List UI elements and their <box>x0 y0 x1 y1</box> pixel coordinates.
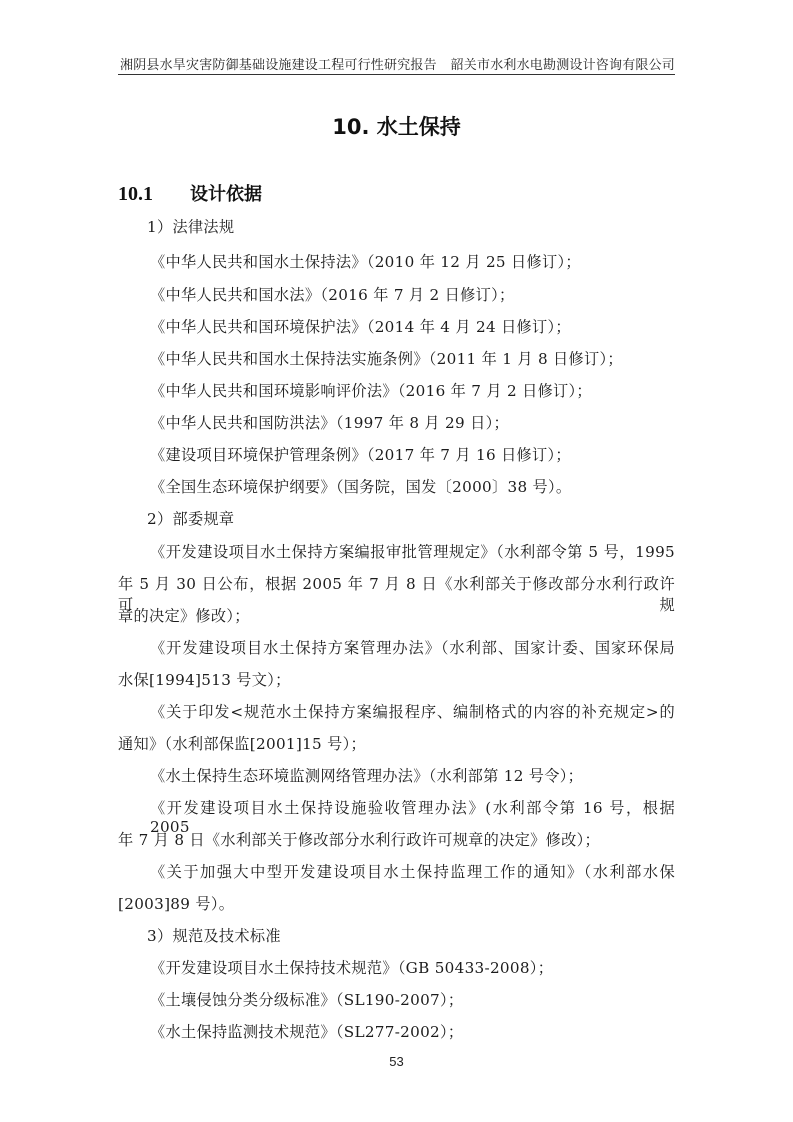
regulation-item-line: 章的决定》修改）； <box>118 605 250 626</box>
subsection-heading-laws: 1）法律法规 <box>147 216 234 237</box>
law-item: 《中华人民共和国防洪法》（1997 年 8 月 29 日）； <box>150 412 509 433</box>
law-item: 《中华人民共和国水土保持法》（2010 年 12 月 25 日修订）； <box>150 251 581 272</box>
header-company-name: 韶关市水利水电勘测设计咨询有限公司 <box>451 54 675 73</box>
law-item: 《中华人民共和国水法》（2016 年 7 月 2 日修订）； <box>150 284 514 305</box>
header-report-title: 湘阴县水旱灾害防御基础设施建设工程可行性研究报告 <box>120 54 437 73</box>
regulation-item-line: 年 7 月 8 日《水利部关于修改部分水利行政许可规章的决定》修改）； <box>118 829 600 850</box>
section-heading: 10.1设计依据 <box>118 180 262 206</box>
section-number: 10.1 <box>118 183 190 206</box>
law-item: 《全国生态环境保护纲要》（国务院，国发〔2000〕38 号）。 <box>150 476 571 497</box>
subsection-heading-regulations: 2）部委规章 <box>147 508 234 529</box>
regulation-item-line: [2003]89 号）。 <box>118 893 234 914</box>
regulation-item-line: 通知》（水利部保监[2001]15 号）； <box>118 733 366 754</box>
standard-item: 《开发建设项目水土保持技术规范》（GB 50433-2008）； <box>150 957 553 978</box>
law-item: 《中华人民共和国水土保持法实施条例》（2011 年 1 月 8 日修订）； <box>150 348 623 369</box>
law-item: 《中华人民共和国环境保护法》（2014 年 4 月 24 日修订）； <box>150 316 571 337</box>
regulation-item-line: 《开发建设项目水土保持方案编报审批管理规定》（水利部令第 5 号，1995 <box>150 541 675 562</box>
law-item: 《中华人民共和国环境影响评价法》（2016 年 7 月 2 日修订）； <box>150 380 592 401</box>
section-title: 设计依据 <box>190 184 262 205</box>
regulation-item-line: 《水土保持生态环境监测网络管理办法》（水利部第 12 号令）； <box>150 765 583 786</box>
chapter-title: 10. 水土保持 <box>0 111 793 141</box>
standard-item: 《土壤侵蚀分类分级标准》（SL190-2007）； <box>150 989 463 1010</box>
regulation-item-line: 《开发建设项目水土保持方案管理办法》（水利部、国家计委、国家环保局 <box>150 637 675 658</box>
regulation-item-line: 水保[1994]513 号文）； <box>118 669 291 690</box>
header-divider <box>118 74 675 75</box>
page-number: 53 <box>0 1054 793 1069</box>
law-item: 《建设项目环境保护管理条例》（2017 年 7 月 16 日修订）； <box>150 444 571 465</box>
regulation-item-line: 《关于印发<规范水土保持方案编报程序、编制格式的内容的补充规定>的 <box>150 701 675 722</box>
regulation-item-line: 《关于加强大中型开发建设项目水土保持监理工作的通知》（水利部水保 <box>150 861 675 882</box>
standard-item: 《水土保持监测技术规范》（SL277-2002）； <box>150 1021 463 1042</box>
subsection-heading-standards: 3）规范及技术标准 <box>147 925 281 946</box>
